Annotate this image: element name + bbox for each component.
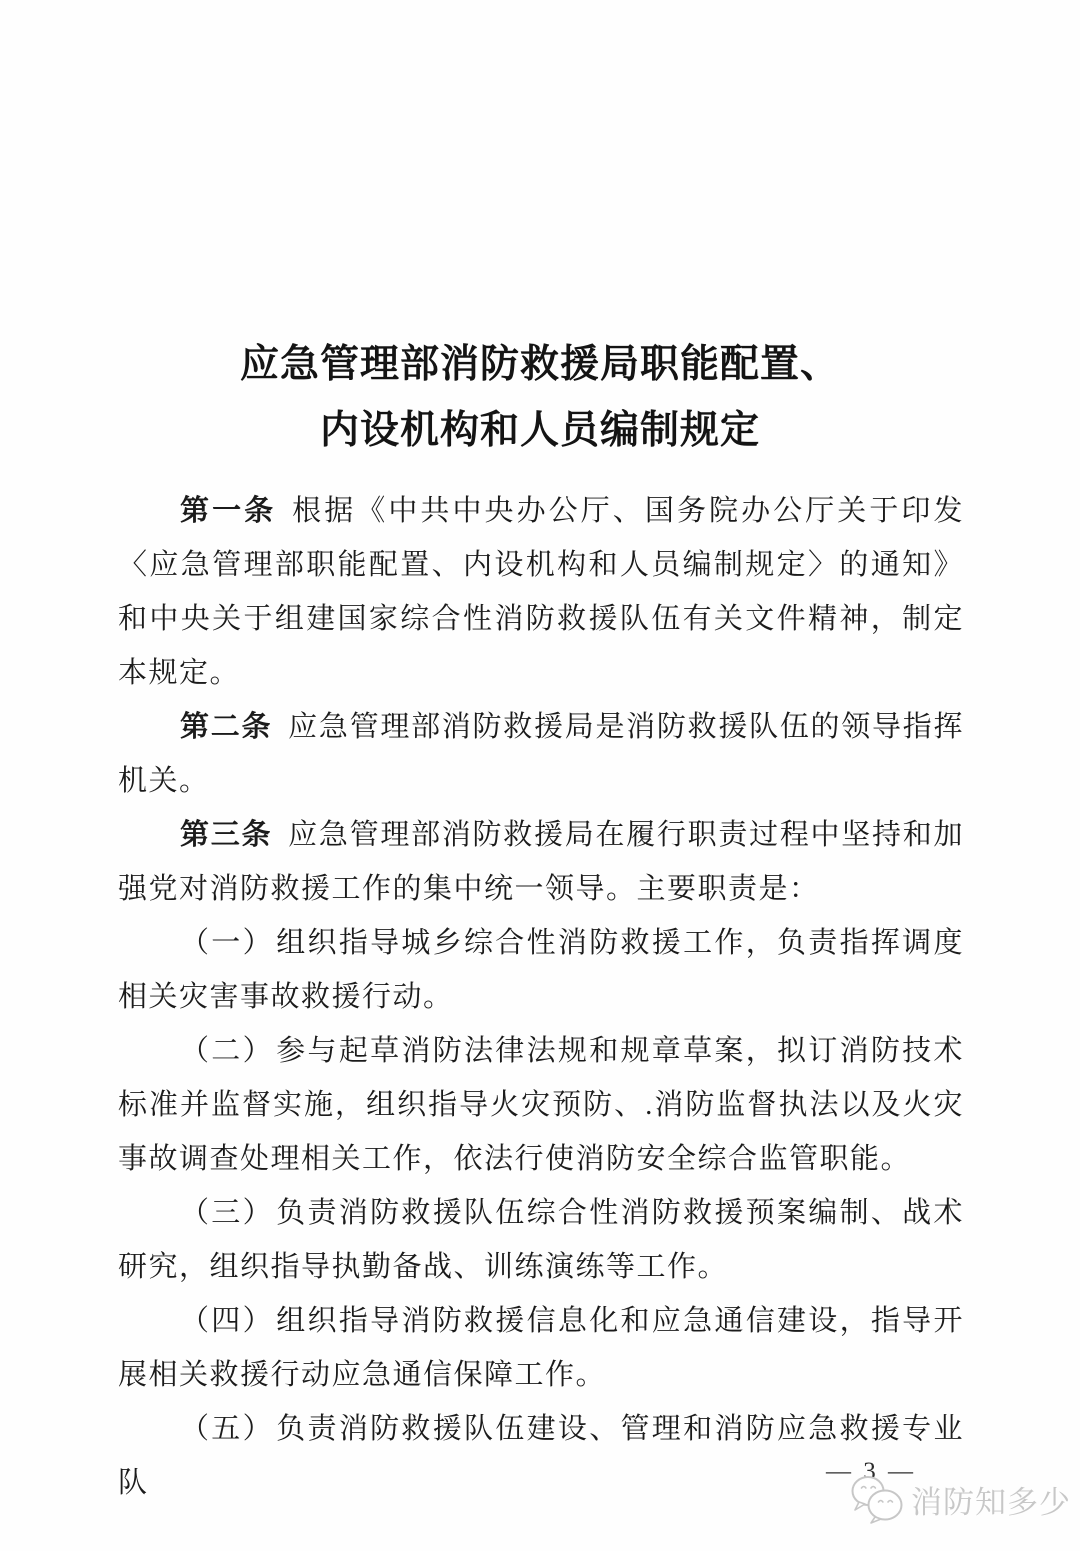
item-4-label: （四） — [180, 1305, 274, 1337]
item-3-label: （三） — [180, 1197, 274, 1229]
document-title: 应急管理部消防救援局职能配置、 内设机构和人员编制规定 — [0, 332, 1080, 464]
title-line-1: 应急管理部消防救援局职能配置、 — [0, 332, 1080, 398]
item-2-label: （二） — [180, 1035, 274, 1067]
article-1-label: 第一条 — [180, 495, 276, 527]
chat-bubbles-icon — [848, 1474, 906, 1524]
paragraph-item-1: （一）组织指导城乡综合性消防救援工作，负责指挥调度相关灾害事故救援行动。 — [118, 916, 964, 1024]
paragraph-item-4: （四）组织指导消防救援信息化和应急通信建设，指导开展相关救援行动应急通信保障工作… — [118, 1294, 964, 1402]
watermark: 消防知多少 — [848, 1474, 1071, 1524]
paragraph-item-5: （五）负责消防救援队伍建设、管理和消防应急救援专业队 — [118, 1402, 964, 1510]
document-body: 第一条根据《中共中央办公厅、国务院办公厅关于印发〈应急管理部职能配置、内设机构和… — [118, 484, 964, 1510]
item-5-label: （五） — [180, 1413, 274, 1445]
watermark-text: 消防知多少 — [911, 1477, 1071, 1522]
article-3-label: 第三条 — [180, 819, 272, 851]
paragraph-article-1: 第一条根据《中共中央办公厅、国务院办公厅关于印发〈应急管理部职能配置、内设机构和… — [118, 484, 964, 700]
title-line-2: 内设机构和人员编制规定 — [0, 398, 1080, 464]
paragraph-item-2: （二）参与起草消防法律法规和规章草案，拟订消防技术标准并监督实施，组织指导火灾预… — [118, 1024, 964, 1186]
article-2-label: 第二条 — [180, 711, 272, 743]
paragraph-item-3: （三）负责消防救援队伍综合性消防救援预案编制、战术研究，组织指导执勤备战、训练演… — [118, 1186, 964, 1294]
scanned-document-page: 应急管理部消防救援局职能配置、 内设机构和人员编制规定 第一条根据《中共中央办公… — [0, 0, 1080, 1551]
paragraph-article-2: 第二条应急管理部消防救援局是消防救援队伍的领导指挥机关。 — [118, 700, 964, 808]
item-1-label: （一） — [180, 927, 274, 959]
paragraph-article-3: 第三条应急管理部消防救援局在履行职责过程中坚持和加强党对消防救援工作的集中统一领… — [118, 808, 964, 916]
